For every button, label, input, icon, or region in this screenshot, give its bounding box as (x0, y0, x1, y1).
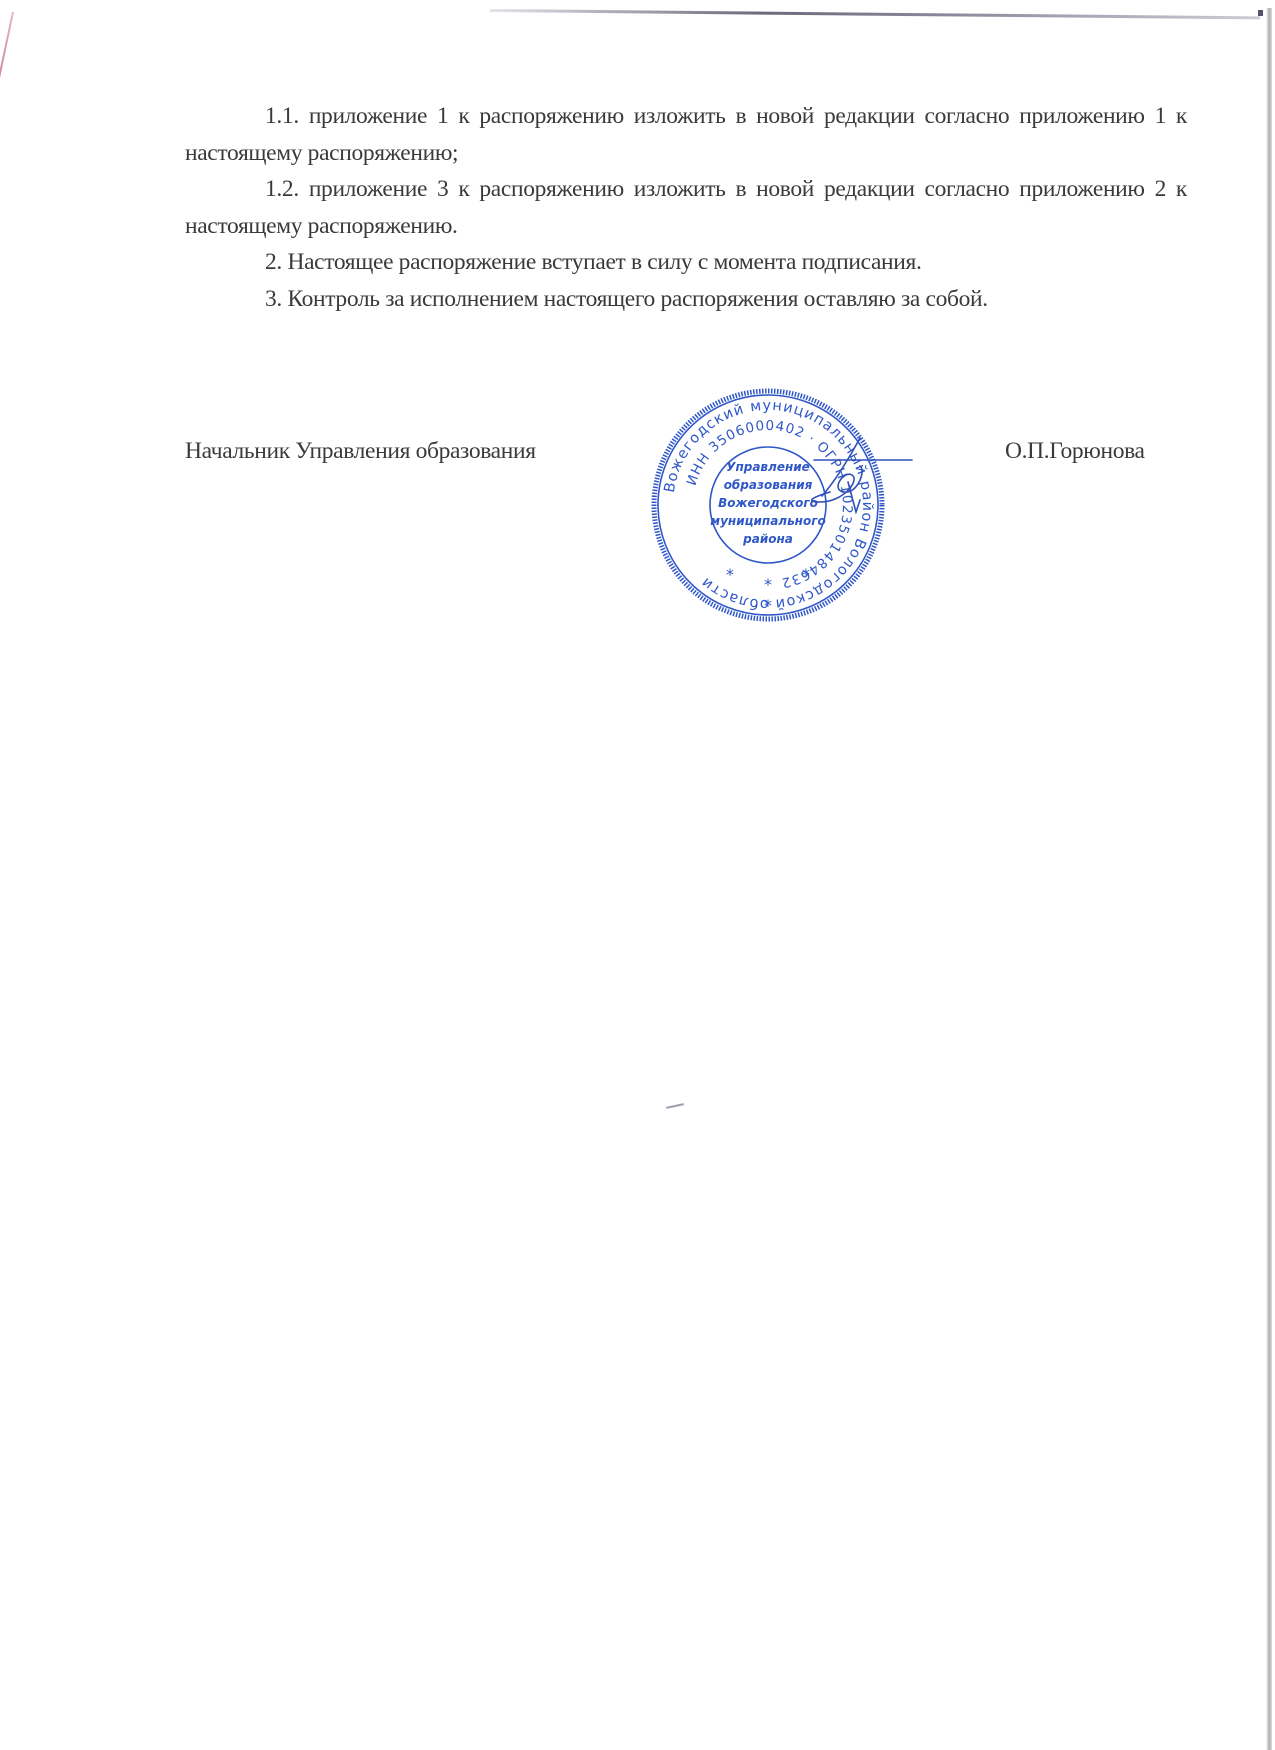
paragraph-2: 2. Настоящее распоряжение вступает в сил… (185, 244, 1187, 281)
paragraph-1-1: 1.1. приложение 1 к распоряжению изложит… (185, 98, 1187, 171)
signatory-name: О.П.Горюнова (1005, 438, 1145, 465)
scan-artifact-corner-dot (1258, 10, 1263, 16)
document-body: 1.1. приложение 1 к распоряжению изложит… (185, 98, 1187, 317)
svg-text:*: * (764, 575, 772, 594)
svg-text:*: * (802, 565, 810, 584)
scan-artifact-top-line (490, 9, 1260, 19)
scan-artifact-right-edge (1266, 8, 1272, 1750)
paragraph-3: 3. Контроль за исполнением настоящего ра… (185, 281, 1187, 318)
signatory-title: Начальник Управления образования (185, 438, 536, 465)
paragraph-1-2: 1.2. приложение 3 к распоряжению изложит… (185, 171, 1187, 244)
svg-text:Управление: Управление (726, 460, 810, 474)
svg-text:*: * (726, 565, 734, 584)
svg-text:района: района (742, 532, 793, 546)
scan-artifact-speck (666, 1103, 684, 1109)
scan-artifact-left-mark (0, 12, 14, 81)
handwritten-signature-icon (800, 430, 920, 520)
svg-text:*: * (764, 596, 772, 615)
